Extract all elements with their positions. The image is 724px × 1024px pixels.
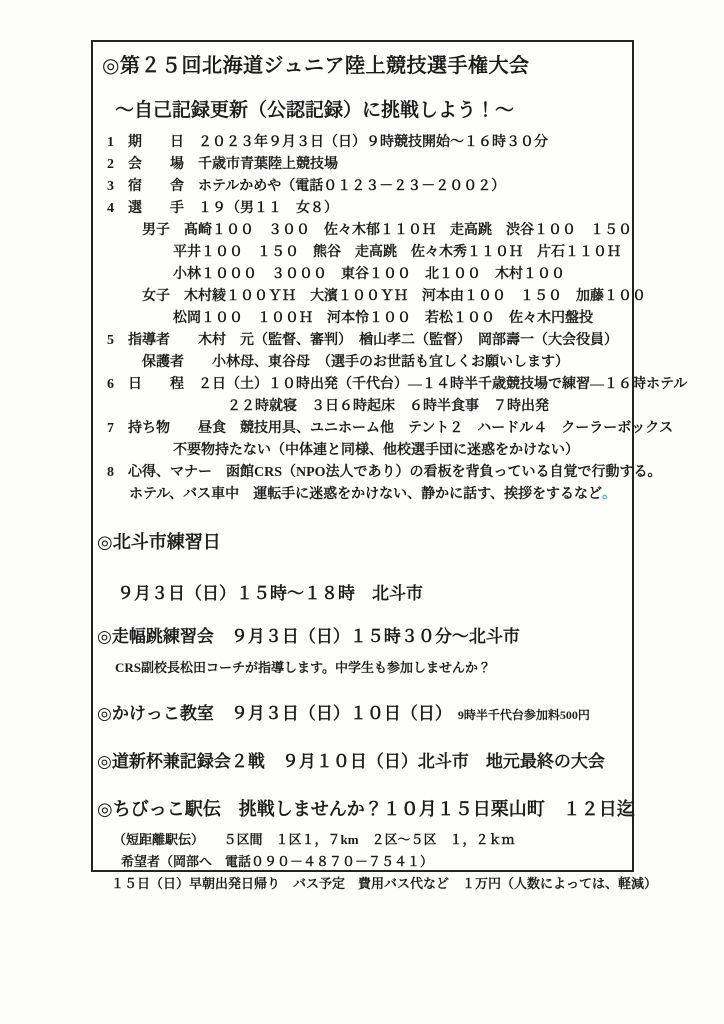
detail-line-roster-boys-3: 小林１０００ ３０００ 東谷１００ 北１００ 木村１００	[173, 264, 626, 286]
ekiden-line-cost: １５日（日）早朝出発日帰り バス予定 費用バス代など １万円（人数によっては、軽…	[111, 873, 626, 895]
kakekko-fee-note: 9時半千代台参加料500円	[458, 708, 590, 722]
detail-line-manners-2: ホテル、バス車中 運転手に迷惑をかけない、静かに話す、挨拶をするなど。	[129, 484, 626, 506]
kakekko-heading-text: ◎かけっこ教室 ９月３日（日）１０日（日）	[97, 704, 452, 723]
detail-line-roster-boys-2: 平井１００ １５０ 熊谷 走高跳 佐々木秀１１０Ｈ 片石１１０Ｈ	[173, 242, 626, 264]
detail-line-guardians: 保護者 小林母、東谷母 （選手のお世話も宜しくお願いします）	[142, 352, 626, 374]
ekiden-detail-list: （短距離駅伝） ５区間 １区１，７km ２区～５区 １，２ｋｍ 希望者（岡部へ …	[97, 829, 626, 895]
document-title: ◎第２５回北海道ジュニア陸上競技選手権大会	[102, 54, 626, 78]
scanned-document-page: ◎第２５回北海道ジュニア陸上競技選手権大会 ～自己記録更新（公認記録）に挑戦しよ…	[0, 0, 724, 1024]
blue-period-mark: 。	[602, 487, 616, 502]
detail-line-belongings: 7 持ち物 昼食 競技用具、ユニホーム他 テント２ ハードル４ クーラーボックス	[107, 418, 626, 440]
document-border-frame: ◎第２５回北海道ジュニア陸上競技選手権大会 ～自己記録更新（公認記録）に挑戦しよ…	[91, 40, 634, 872]
detail-line-manners: 8 心得、マナー 函館CRS（NPO法人であり）の看板を背負っている自覚で行動す…	[107, 462, 626, 484]
manners-text: ホテル、バス車中 運転手に迷惑をかけない、静かに話す、挨拶をするなど	[129, 487, 602, 502]
ekiden-line-distances: （短距離駅伝） ５区間 １区１，７km ２区～５区 １，２ｋｍ	[113, 829, 626, 851]
detail-line-date: 1 期 日 ２０２３年９月３日（日）９時競技開始～１６時３０分	[107, 132, 626, 154]
ekiden-heading: ◎ちびっこ駅伝 挑戦しませんか？１０月１５日栗山町 １２日迄	[97, 797, 626, 822]
detail-line-belongings-2: 不要物持たない（中体連と同様、他校選手団に迷惑をかけない）	[173, 440, 626, 462]
detail-line-schedule: 6 日 程 ２日（土）１０時出発（千代台）―１４時半千歳競技場で練習―１６時ホテ…	[107, 374, 626, 396]
detail-line-venue: 2 会 場 千歳市青葉陸上競技場	[107, 154, 626, 176]
detail-line-schedule-2: ２２時就寝 ３日６時起床 ６時半食事 ７時出発	[227, 396, 626, 418]
detail-line-roster-girls-2: 松岡１００ １００Ｈ 河本怜１００ 若松１００ 佐々木円盤投	[173, 308, 626, 330]
hokuto-practice-datetime: ９月３日（日）１５時～１８時 北斗市	[117, 581, 626, 606]
detail-line-roster-girls: 女子 木村綾１００ＹＨ 大濱１００ＹＨ 河本由１００ １５０ 加藤１００	[142, 286, 626, 308]
ekiden-line-contact: 希望者（岡部へ 電話０９０－４８７０－７５４１）	[121, 851, 626, 873]
longjump-coach-note: CRS副校長松田コーチが指導します。中学生も参加しませんか？	[115, 659, 626, 677]
detail-list: 1 期 日 ２０２３年９月３日（日）９時競技開始～１６時３０分 2 会 場 千歳…	[97, 132, 626, 506]
longjump-session-heading: ◎走幅跳練習会 ９月３日（日）１５時３０分～北斗市	[97, 624, 626, 649]
kakekko-class-heading: ◎かけっこ教室 ９月３日（日）１０日（日）9時半千代台参加料500円	[97, 701, 626, 728]
detail-line-lodging: 3 宿 舎 ホテルかめや（電話０１２３－２３－２００２）	[107, 176, 626, 198]
detail-line-coaches: 5 指導者 木村 元（監督、審判） 楢山孝二（監督） 岡部壽一（大会役員）	[107, 330, 626, 352]
detail-line-athletes-count: 4 選 手 １９（男１１ 女８）	[107, 198, 626, 220]
hokuto-practice-heading: ◎北斗市練習日	[97, 530, 626, 555]
document-subtitle: ～自己記録更新（公認記録）に挑戦しよう！～	[115, 98, 626, 124]
doshin-cup-heading: ◎道新杯兼記録会２戦 ９月１０日（日）北斗市 地元最終の大会	[97, 749, 626, 774]
detail-line-roster-boys: 男子 髙崎１００ ３００ 佐々木郁１１０Ｈ 走高跳 渋谷１００ １５０	[142, 220, 626, 242]
